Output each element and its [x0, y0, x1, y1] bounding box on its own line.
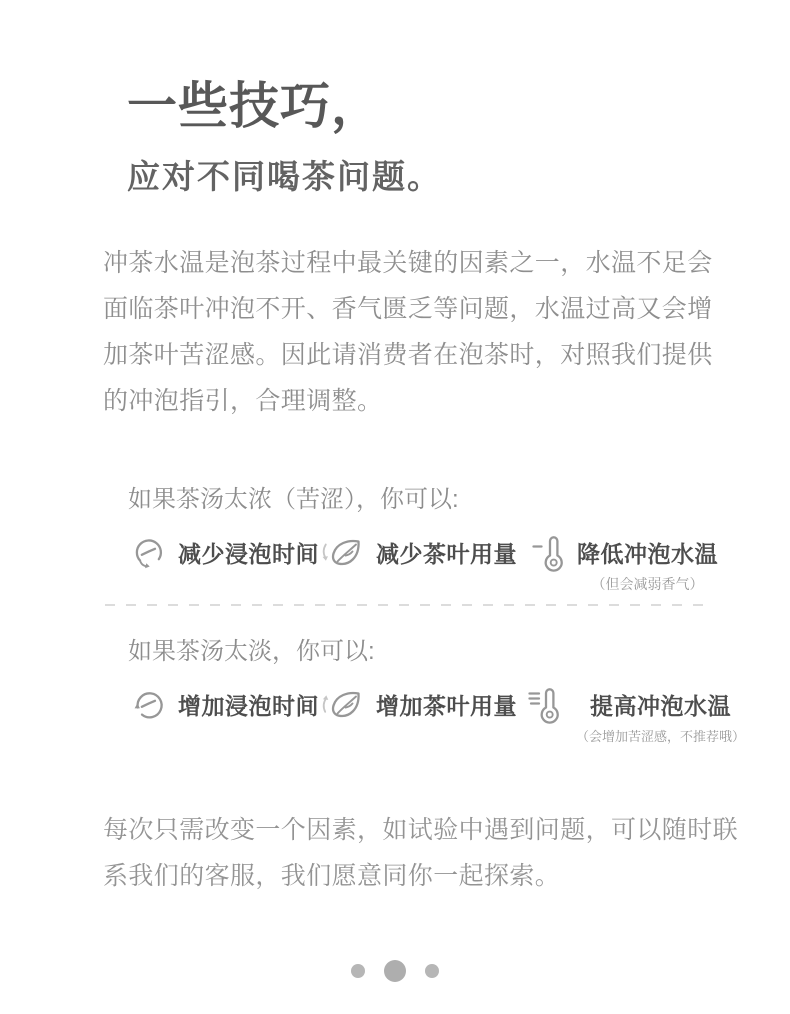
tip-label: 减少浸泡时间	[178, 534, 319, 574]
section-too-strong-heading: 如果茶汤太浓（苦涩），你可以:	[128, 487, 459, 513]
thermometer-minus-icon	[531, 534, 569, 576]
page-subtitle: 应对不同喝茶问题。	[127, 158, 442, 196]
thermometer-heat-icon	[527, 686, 565, 728]
carousel-dot[interactable]	[351, 964, 365, 978]
tea-tips-page: 一些技巧， 应对不同喝茶问题。 冲茶水温是泡茶过程中最关键的因素之一，水温不足会…	[0, 0, 790, 1014]
tip-reduce-steep-time: 减少浸泡时间	[128, 534, 319, 574]
tip-lower-water-temp: 降低冲泡水温 （但会减弱香气）	[531, 534, 718, 592]
tip-reduce-tea-amount: 减少茶叶用量	[318, 534, 517, 574]
outro-paragraph: 每次只需改变一个因素，如试验中遇到问题，可以随时联系我们的客服，我们愿意同你一起…	[103, 807, 748, 899]
tip-label: 降低冲泡水温	[577, 534, 718, 574]
tip-note: （会增加苦涩感，不推荐哦）	[576, 729, 745, 744]
tip-raise-water-temp: 提高冲泡水温 （会增加苦涩感，不推荐哦）	[527, 686, 745, 744]
tip-label: 增加茶叶用量	[376, 686, 517, 726]
tip-label: 提高冲泡水温	[590, 686, 731, 726]
section-too-weak-heading: 如果茶汤太淡，你可以:	[128, 639, 375, 665]
intro-paragraph: 冲茶水温是泡茶过程中最关键的因素之一，水温不足会面临茶叶冲泡不开、香气匮乏等问题…	[103, 240, 719, 424]
tip-label: 增加浸泡时间	[178, 686, 319, 726]
clock-forward-icon	[128, 686, 168, 726]
leaf-decrease-icon	[318, 534, 364, 574]
page-title: 一些技巧，	[127, 78, 382, 134]
dashed-divider	[105, 604, 711, 606]
tip-note: （但会减弱香气）	[592, 577, 704, 592]
leaf-increase-icon	[318, 686, 364, 726]
carousel-dot[interactable]	[425, 964, 439, 978]
carousel-dots	[0, 960, 790, 982]
carousel-dot-active[interactable]	[384, 960, 406, 982]
tip-label: 减少茶叶用量	[376, 534, 517, 574]
clock-rewind-icon	[128, 534, 168, 574]
tip-increase-tea-amount: 增加茶叶用量	[318, 686, 517, 726]
tip-increase-steep-time: 增加浸泡时间	[128, 686, 319, 726]
